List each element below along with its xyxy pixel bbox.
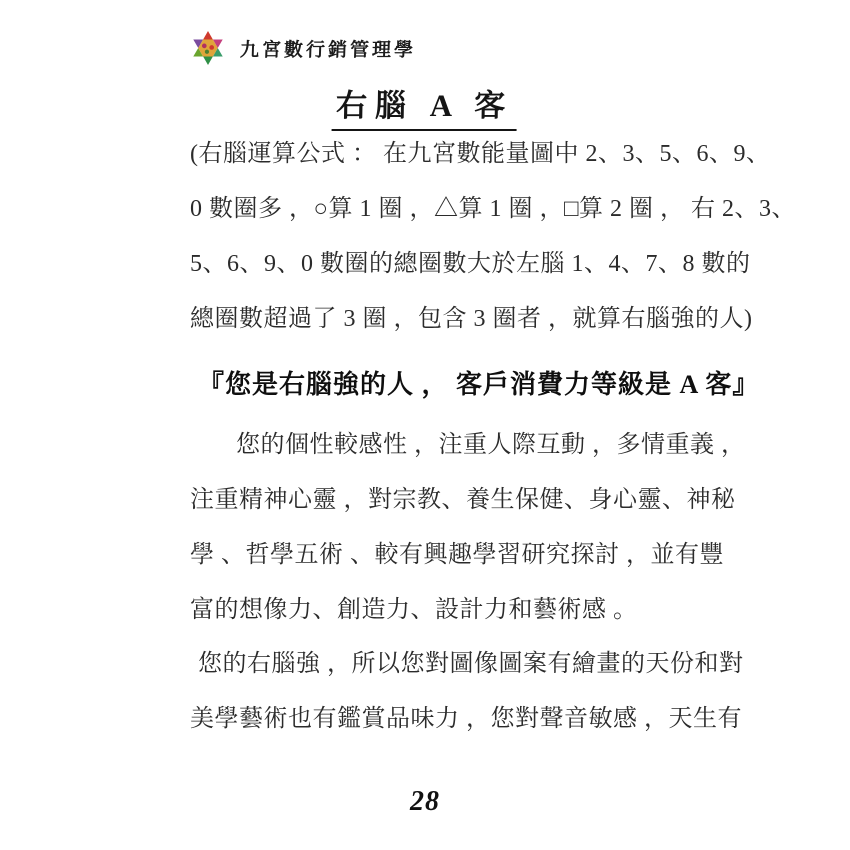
headline-row: 『您是右腦強的人 ， 客戶消費力等級是 A 客』 <box>190 357 670 412</box>
six-pointed-star-logo-icon <box>190 28 226 68</box>
title-row: 右腦 A 客 <box>0 80 850 131</box>
talent-line: 美學藝術也有鑑賞品味力 ，您對聲音敏感 ，天生有 <box>190 692 670 747</box>
formula-line: 0 數圈多 ，○算 1 圈 ，△算 1 圈 ，□算 2 圈 ， 右 2、3、 <box>190 182 670 237</box>
personality-line: 學 、哲學五術 、較有興趣學習研究探討 ，並有豐 <box>190 528 670 583</box>
paragraph-talent: 您的右腦強 ，所以您對圖像圖案有繪畫的天份和對 美學藝術也有鑑賞品味力 ，您對聲… <box>190 637 670 747</box>
formula-line: 總圈數超過了 3 圈 ，包含 3 圈者 ，就算右腦強的人) <box>190 292 670 347</box>
formula-line: 5、6、9、0 數圈的總圈數大於左腦 1、4、7、8 數的 <box>190 237 670 292</box>
page-title: 右腦 A 客 <box>332 80 518 131</box>
paragraph-formula: (右腦運算公式 ： 在九宮數能量圖中 2、3、5、6、9、 0 數圈多 ，○算 … <box>190 127 670 347</box>
page-number: 28 <box>410 786 440 817</box>
personality-line: 注重精神心靈 ，對宗教、養生保健、身心靈、神秘 <box>190 473 670 528</box>
result-headline: 『您是右腦強的人 ， 客戶消費力等級是 A 客』 <box>190 357 670 412</box>
brand-title: 九宮數行銷管理學 <box>240 35 417 62</box>
personality-line: 您的個性較感性 ，注重人際互動 ，多情重義 ， <box>190 418 670 473</box>
paragraph-personality: 您的個性較感性 ，注重人際互動 ，多情重義 ， 注重精神心靈 ，對宗教、養生保健… <box>190 418 670 638</box>
formula-line: (右腦運算公式 ： 在九宮數能量圖中 2、3、5、6、9、 <box>190 127 670 182</box>
talent-line: 您的右腦強 ，所以您對圖像圖案有繪畫的天份和對 <box>190 637 670 692</box>
personality-line: 富的想像力、創造力、設計力和藝術感 。 <box>190 583 670 638</box>
page-header: 九宮數行銷管理學 <box>190 28 416 68</box>
page-footer: 28 <box>0 786 850 818</box>
